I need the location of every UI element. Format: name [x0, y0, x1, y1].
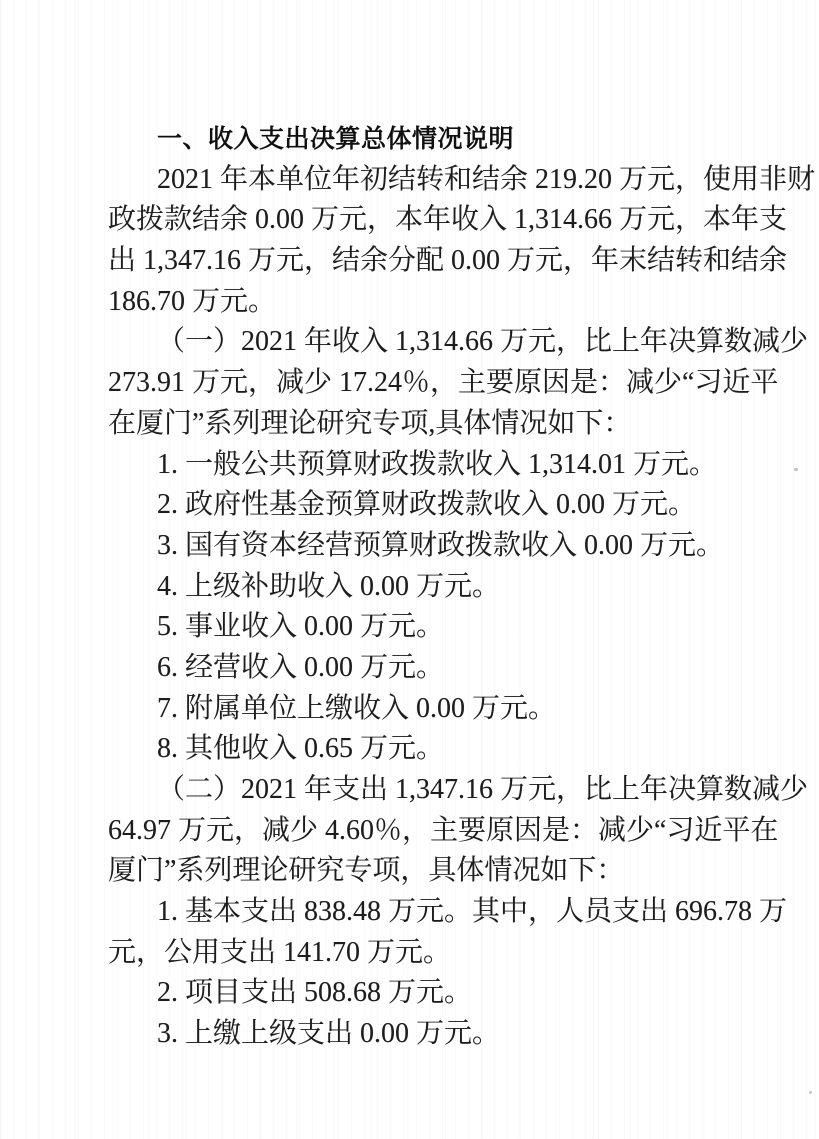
- text-line: 2. 政府性基金预算财政拨款收入 0.00 万元。: [108, 485, 730, 526]
- text-line: 273.91 万元，减少 17.24％，主要原因是：减少“习近平: [108, 363, 730, 404]
- text-line: 4. 上级补助收入 0.00 万元。: [108, 567, 730, 608]
- text-line: 政拨款结余 0.00 万元，本年收入 1,314.66 万元，本年支: [108, 200, 730, 241]
- text-line: 1. 一般公共预算财政拨款收入 1,314.01 万元。: [108, 445, 730, 486]
- text-line: 3. 上缴上级支出 0.00 万元。: [108, 1014, 730, 1055]
- text-line: 2021 年本单位年初结转和结余 219.20 万元，使用非财: [108, 160, 730, 201]
- scanned-document-page: 一、收入支出决算总体情况说明2021 年本单位年初结转和结余 219.20 万元…: [0, 0, 819, 1139]
- section-heading: 一、收入支出决算总体情况说明: [108, 119, 730, 160]
- text-line: （二）2021 年支出 1,347.16 万元，比上年决算数减少: [108, 770, 730, 811]
- text-line: 186.70 万元。: [108, 282, 730, 323]
- text-line: 3. 国有资本经营预算财政拨款收入 0.00 万元。: [108, 526, 730, 567]
- text-line: 6. 经营收入 0.00 万元。: [108, 648, 730, 689]
- text-line: 在厦门”系列理论研究专项,具体情况如下：: [108, 404, 730, 445]
- text-line: 出 1,347.16 万元，结余分配 0.00 万元，年末结转和结余: [108, 241, 730, 282]
- text-line: 1. 基本支出 838.48 万元。其中，人员支出 696.78 万: [108, 892, 730, 933]
- text-line: 7. 附属单位上缴收入 0.00 万元。: [108, 689, 730, 730]
- document-body: 一、收入支出决算总体情况说明2021 年本单位年初结转和结余 219.20 万元…: [108, 119, 730, 1055]
- text-line: 8. 其他收入 0.65 万元。: [108, 729, 730, 770]
- scan-speck: [809, 1091, 812, 1094]
- text-line: 5. 事业收入 0.00 万元。: [108, 607, 730, 648]
- text-line: 元，公用支出 141.70 万元。: [108, 933, 730, 974]
- text-line: 64.97 万元，减少 4.60％，主要原因是：减少“习近平在: [108, 811, 730, 852]
- scan-speck: [794, 468, 798, 471]
- text-line: （一）2021 年收入 1,314.66 万元，比上年决算数减少: [108, 322, 730, 363]
- text-line: 厦门”系列理论研究专项，具体情况如下：: [108, 851, 730, 892]
- text-line: 2. 项目支出 508.68 万元。: [108, 973, 730, 1014]
